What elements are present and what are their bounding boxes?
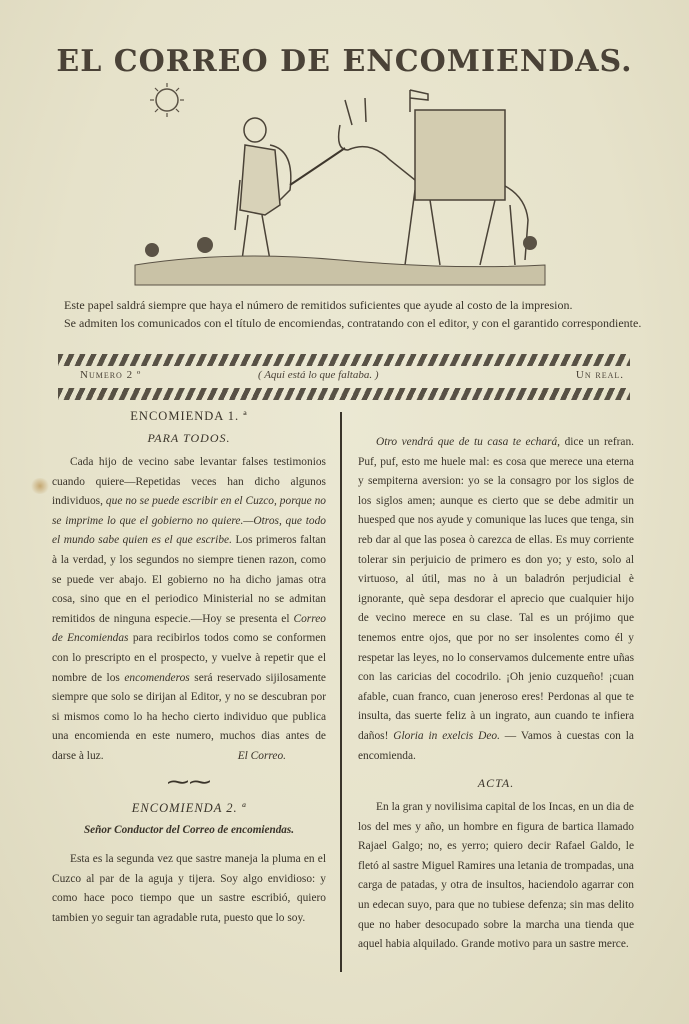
- issue-number: Numero 2 º: [80, 369, 141, 381]
- encomienda-2-addressee: Señor Conductor del Correo de encomienda…: [52, 821, 326, 841]
- encomienda-1-heading: ENCOMIENDA 1. ª: [52, 405, 326, 427]
- acta-heading: ACTA.: [358, 772, 634, 794]
- encomienda-1-subheading: PARA TODOS.: [52, 427, 326, 449]
- intro-line-1: Este papel saldrá siempre que haya el nú…: [52, 296, 652, 314]
- courier-figure: [235, 118, 291, 260]
- decorative-rule-top: [58, 354, 630, 366]
- masthead-title: EL CORREO DE ENCOMIENDAS.: [0, 44, 689, 79]
- right-body-1: Otro vendrá que de tu casa te echará, di…: [358, 433, 634, 766]
- column-divider: [340, 412, 342, 972]
- intro-line-2: Se admiten los comunicados con el título…: [52, 314, 652, 332]
- woodcut-illustration: [130, 80, 550, 290]
- mule-figure: [339, 90, 528, 265]
- newspaper-page: EL CORREO DE ENCOMIENDAS.: [0, 0, 689, 1024]
- encomienda-1-body: Cada hijo de vecino sabe levantar falses…: [52, 453, 326, 767]
- encomienda-2-body: Esta es la segunda vez que sastre maneja…: [52, 850, 326, 928]
- right-column: Otro vendrá que de tu casa te echará, di…: [358, 405, 634, 955]
- intro-notice: Este papel saldrá siempre que haya el nú…: [52, 296, 652, 332]
- issue-price: Un real.: [576, 369, 624, 381]
- decorative-rule-bottom: [58, 388, 630, 400]
- acta-body: En la gran y novilisima capital de los I…: [358, 798, 634, 955]
- paper-stain: [30, 478, 50, 494]
- left-column: ENCOMIENDA 1. ª PARA TODOS. Cada hijo de…: [52, 405, 326, 928]
- ornament-flourish-icon: ⁓⁓: [52, 767, 326, 797]
- issue-line: Numero 2 º ( Aqui está lo que faltaba. )…: [70, 369, 630, 385]
- issue-motto: ( Aqui está lo que faltaba. ): [258, 369, 378, 381]
- encomienda-2-heading: ENCOMIENDA 2. ª: [52, 797, 326, 819]
- sun-icon: [150, 83, 184, 117]
